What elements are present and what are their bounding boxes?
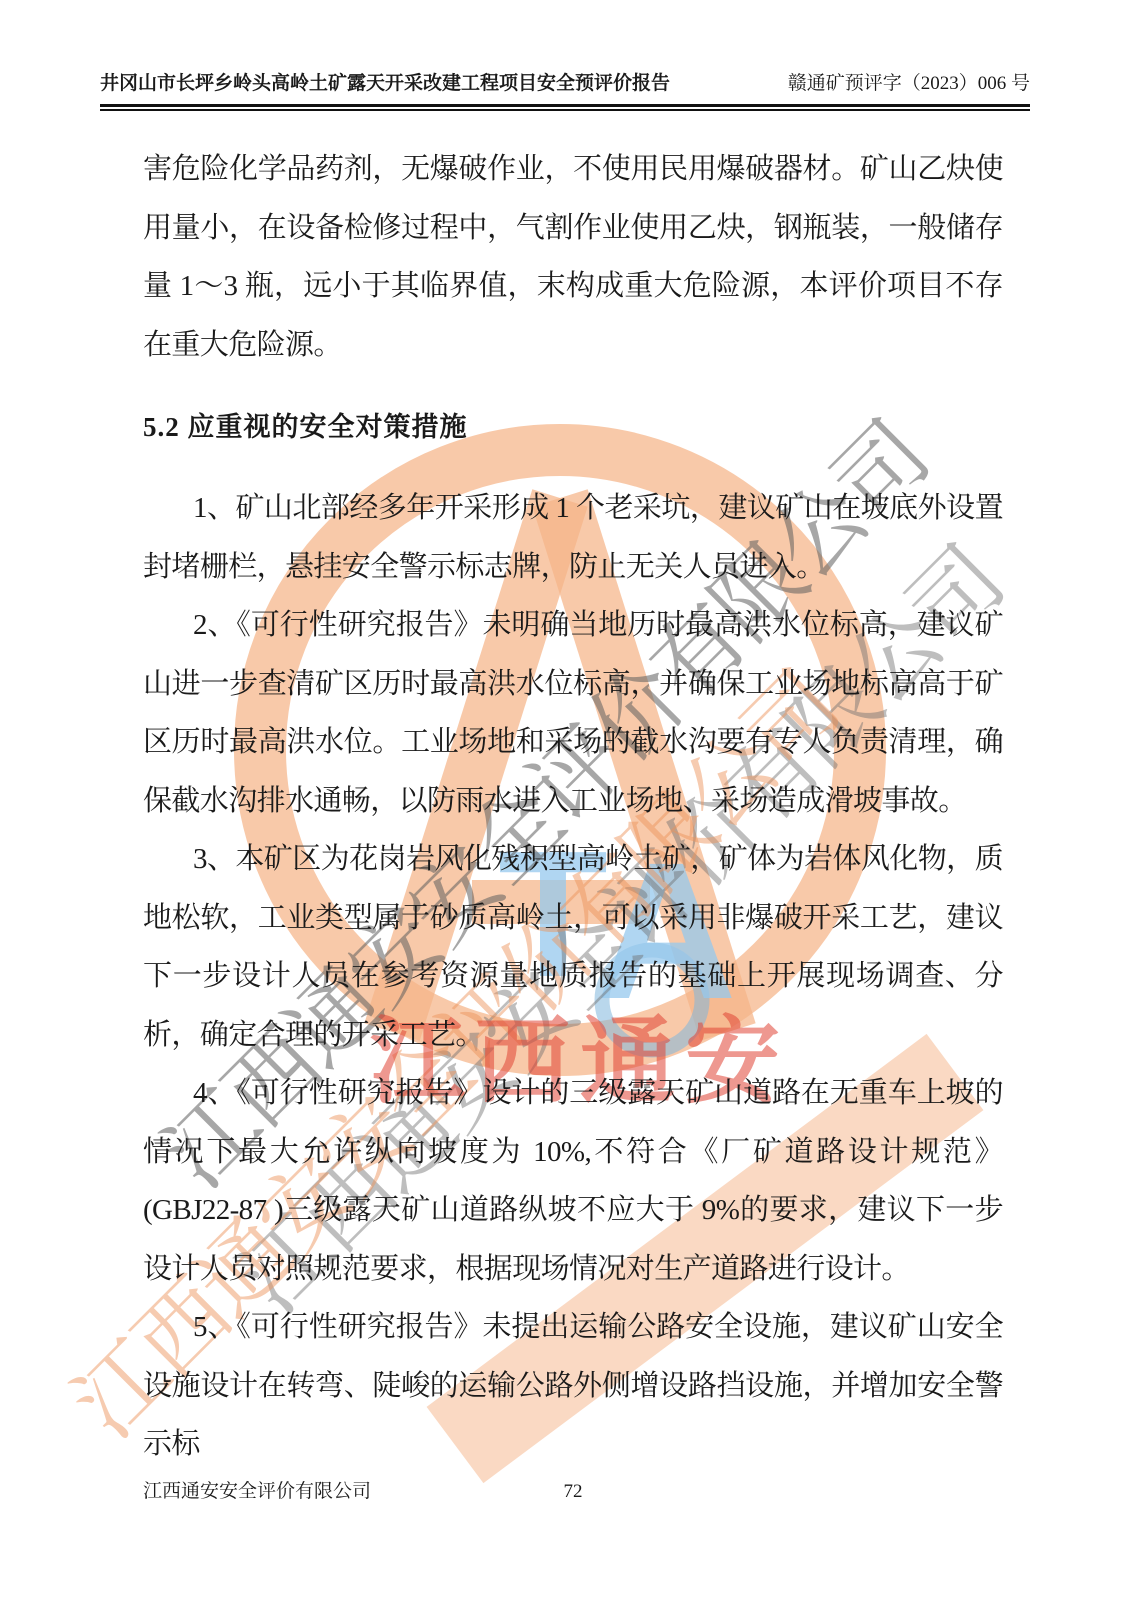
section-heading: 5.2 应重视的安全对策措施: [143, 404, 1003, 451]
header-document-number: 赣通矿预评字（2023）006 号: [788, 72, 1030, 96]
paragraph-1: 1、矿山北部经多年开采形成 1 个老采坑，建议矿山在坡底外设置封堵栅栏，悬挂安全…: [143, 479, 1003, 596]
paragraph-4: 4、《可行性研究报告》设计的三级露天矿山道路在无重车上坡的情况下最大允许纵向坡度…: [143, 1064, 1003, 1298]
page-header: 井冈山市长坪乡岭头高岭土矿露天开采改建工程项目安全预评价报告 赣通矿预评字（20…: [100, 72, 1030, 111]
document-body: 害危险化学品药剂，无爆破作业，不使用民用爆破器材。矿山乙炔使用量小，在设备检修过…: [143, 140, 1003, 1474]
document-page: TA 江西通安安全评价有限公司 江西通安安全评价有限公司 江西通安安全评价有限公…: [0, 0, 1131, 1600]
header-row: 井冈山市长坪乡岭头高岭土矿露天开采改建工程项目安全预评价报告 赣通矿预评字（20…: [100, 72, 1030, 96]
content-layer: 井冈山市长坪乡岭头高岭土矿露天开采改建工程项目安全预评价报告 赣通矿预评字（20…: [0, 0, 1131, 1600]
intro-paragraph: 害危险化学品药剂，无爆破作业，不使用民用爆破器材。矿山乙炔使用量小，在设备检修过…: [143, 140, 1003, 374]
paragraph-3: 3、本矿区为花岗岩风化残积型高岭土矿，矿体为岩体风化物，质地松软，工业类型属于砂…: [143, 830, 1003, 1064]
header-report-title: 井冈山市长坪乡岭头高岭土矿露天开采改建工程项目安全预评价报告: [100, 72, 670, 96]
paragraph-5: 5、《可行性研究报告》未提出运输公路安全设施，建议矿山安全设施设计在转弯、陡峻的…: [143, 1298, 1003, 1474]
footer-company-name: 江西通安安全评价有限公司: [143, 1480, 371, 1504]
paragraph-2: 2、《可行性研究报告》未明确当地历时最高洪水位标高，建议矿山进一步查清矿区历时最…: [143, 596, 1003, 830]
header-double-rule: [100, 104, 1030, 111]
